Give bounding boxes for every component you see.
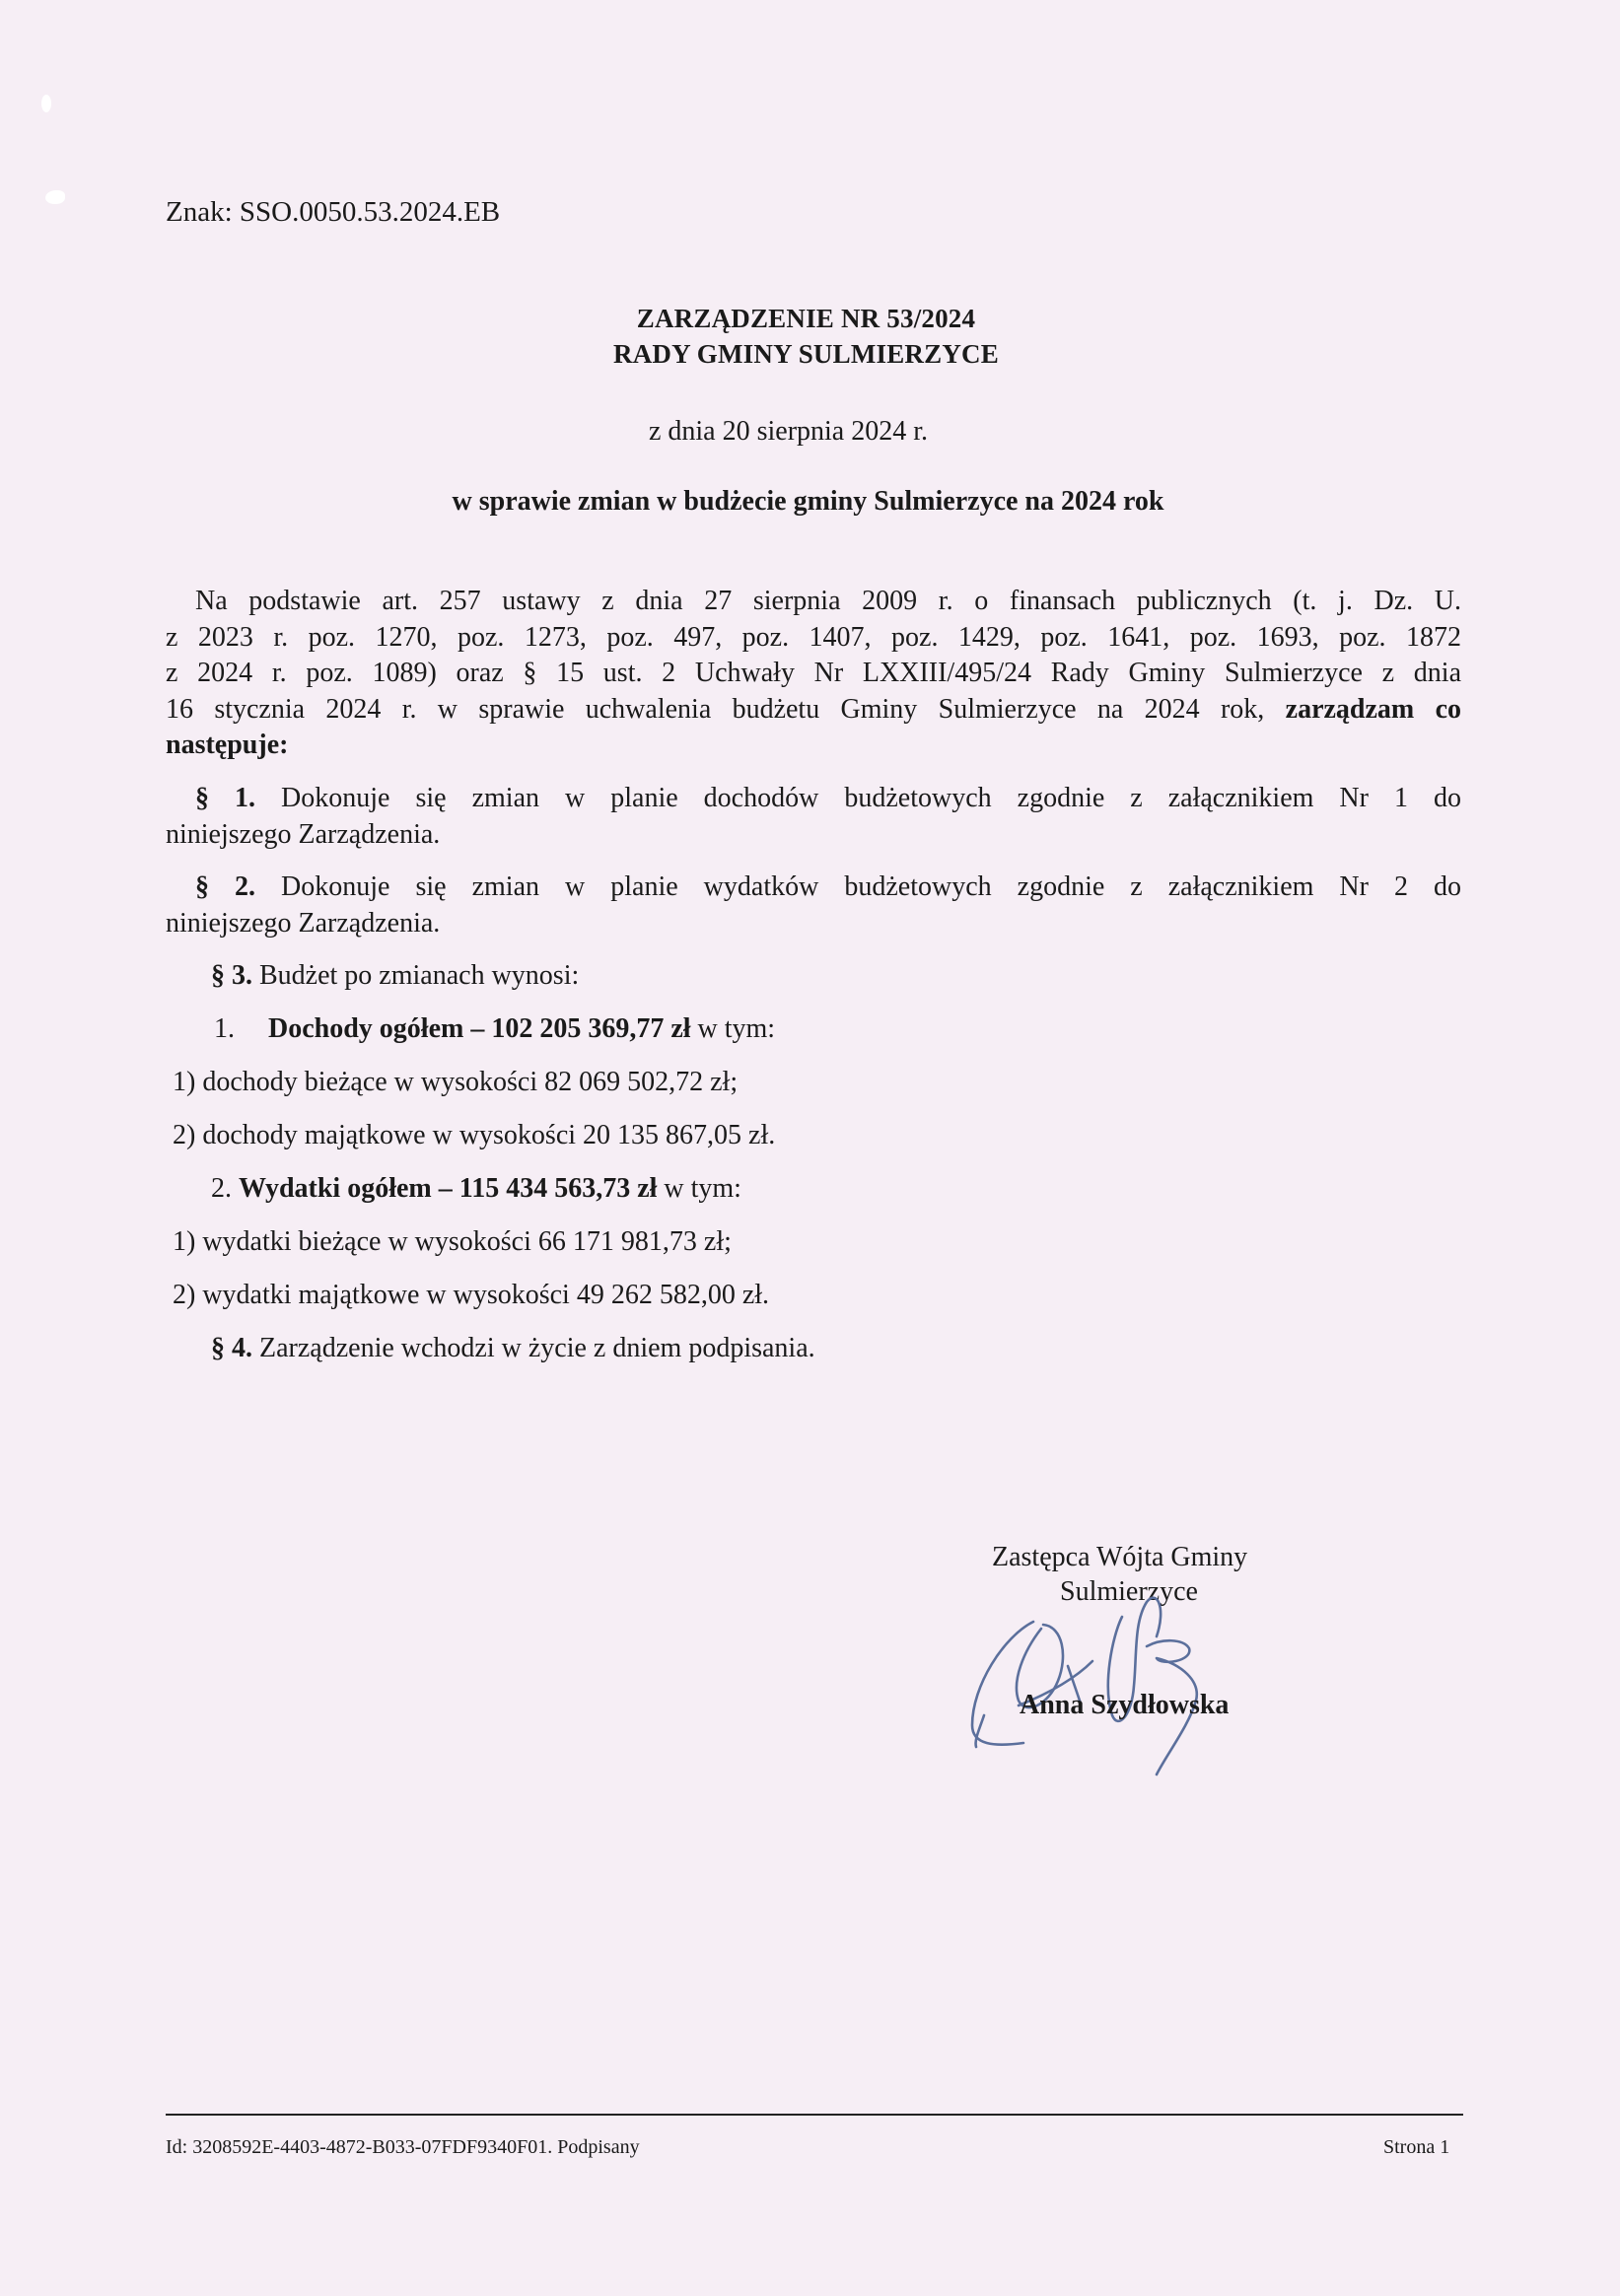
section-text: Dokonuje się zmian w planie wydatków bud…	[281, 871, 1461, 902]
expenses-capital: 2) wydatki majątkowe w wysokości 49 262 …	[173, 1278, 769, 1313]
section-text: Zarządzenie wchodzi w życie z dniem podp…	[259, 1333, 815, 1363]
document-page: Znak: SSO.0050.53.2024.EB ZARZĄDZENIE NR…	[0, 0, 1620, 2296]
document-title: ZARZĄDZENIE NR 53/2024	[0, 301, 1616, 336]
document-date: z dnia 20 sierpnia 2024 r.	[0, 414, 1598, 450]
income-suffix: w tym:	[698, 1013, 776, 1044]
list-number: 1.	[214, 1011, 268, 1047]
income-total: 1.Dochody ogółem – 102 205 369,77 zł w t…	[214, 1011, 775, 1047]
signatory-name: Anna Szydłowska	[1020, 1688, 1229, 1723]
document-id: Id: 3208592E-4403-4872-B033-07FDF9340F01…	[166, 2129, 640, 2165]
intro-line-with-tail: 16 stycznia 2024 r. w sprawie uchwalenia…	[166, 692, 1461, 729]
section-text: Dokonuje się zmian w planie dochodów bud…	[281, 783, 1461, 813]
section-2-line: § 2. Dokonuje się zmian w planie wydatkó…	[166, 870, 1461, 906]
section-marker: § 1.	[195, 783, 255, 813]
section-1: § 1. Dokonuje się zmian w planie dochodó…	[166, 781, 1461, 853]
intro-bold-tail: zarządzam co	[1286, 694, 1461, 725]
income-current: 1) dochody bieżące w wysokości 82 069 50…	[173, 1065, 738, 1100]
section-4: § 4. Zarządzenie wchodzi w życie z dniem…	[211, 1331, 815, 1366]
section-text: niniejszego Zarządzenia.	[166, 817, 1461, 854]
section-1-line: § 1. Dokonuje się zmian w planie dochodó…	[166, 781, 1461, 817]
document-issuer: RADY GMINY SULMIERZYCE	[0, 336, 1616, 372]
list-number: 2.	[211, 1173, 232, 1204]
intro-bold-last: następuje:	[166, 728, 1461, 764]
section-3: § 3. Budżet po zmianach wynosi:	[211, 958, 579, 994]
intro-line: Na podstawie art. 257 ustawy z dnia 27 s…	[166, 584, 1461, 620]
section-marker: § 4.	[211, 1333, 252, 1363]
expenses-suffix: w tym:	[664, 1173, 741, 1204]
section-marker: § 2.	[195, 871, 255, 902]
document-subject: w sprawie zmian w budżecie gminy Sulmier…	[0, 484, 1618, 520]
expenses-total-label: Wydatki ogółem – 115 434 563,73 zł	[239, 1173, 657, 1204]
handwritten-signature	[964, 1567, 1280, 1784]
intro-line: 16 stycznia 2024 r. w sprawie uchwalenia…	[166, 694, 1264, 725]
scan-artifact	[45, 190, 65, 204]
income-total-label: Dochody ogółem – 102 205 369,77 zł	[268, 1013, 691, 1044]
footer-divider	[166, 2114, 1463, 2116]
section-2: § 2. Dokonuje się zmian w planie wydatkó…	[166, 870, 1461, 941]
intro-line: z 2023 r. poz. 1270, poz. 1273, poz. 497…	[166, 620, 1461, 657]
scan-artifact	[41, 95, 51, 112]
reference-number: Znak: SSO.0050.53.2024.EB	[166, 194, 500, 230]
section-text: niniejszego Zarządzenia.	[166, 906, 1461, 942]
income-capital: 2) dochody majątkowe w wysokości 20 135 …	[173, 1118, 775, 1153]
legal-basis-paragraph: Na podstawie art. 257 ustawy z dnia 27 s…	[166, 584, 1461, 764]
section-text: Budżet po zmianach wynosi:	[259, 960, 579, 991]
expenses-current: 1) wydatki bieżące w wysokości 66 171 98…	[173, 1224, 732, 1260]
page-number: Strona 1	[1383, 2129, 1449, 2165]
expenses-total: 2. Wydatki ogółem – 115 434 563,73 zł w …	[211, 1171, 741, 1207]
intro-line: z 2024 r. poz. 1089) oraz § 15 ust. 2 Uc…	[166, 656, 1461, 692]
section-marker: § 3.	[211, 960, 252, 991]
